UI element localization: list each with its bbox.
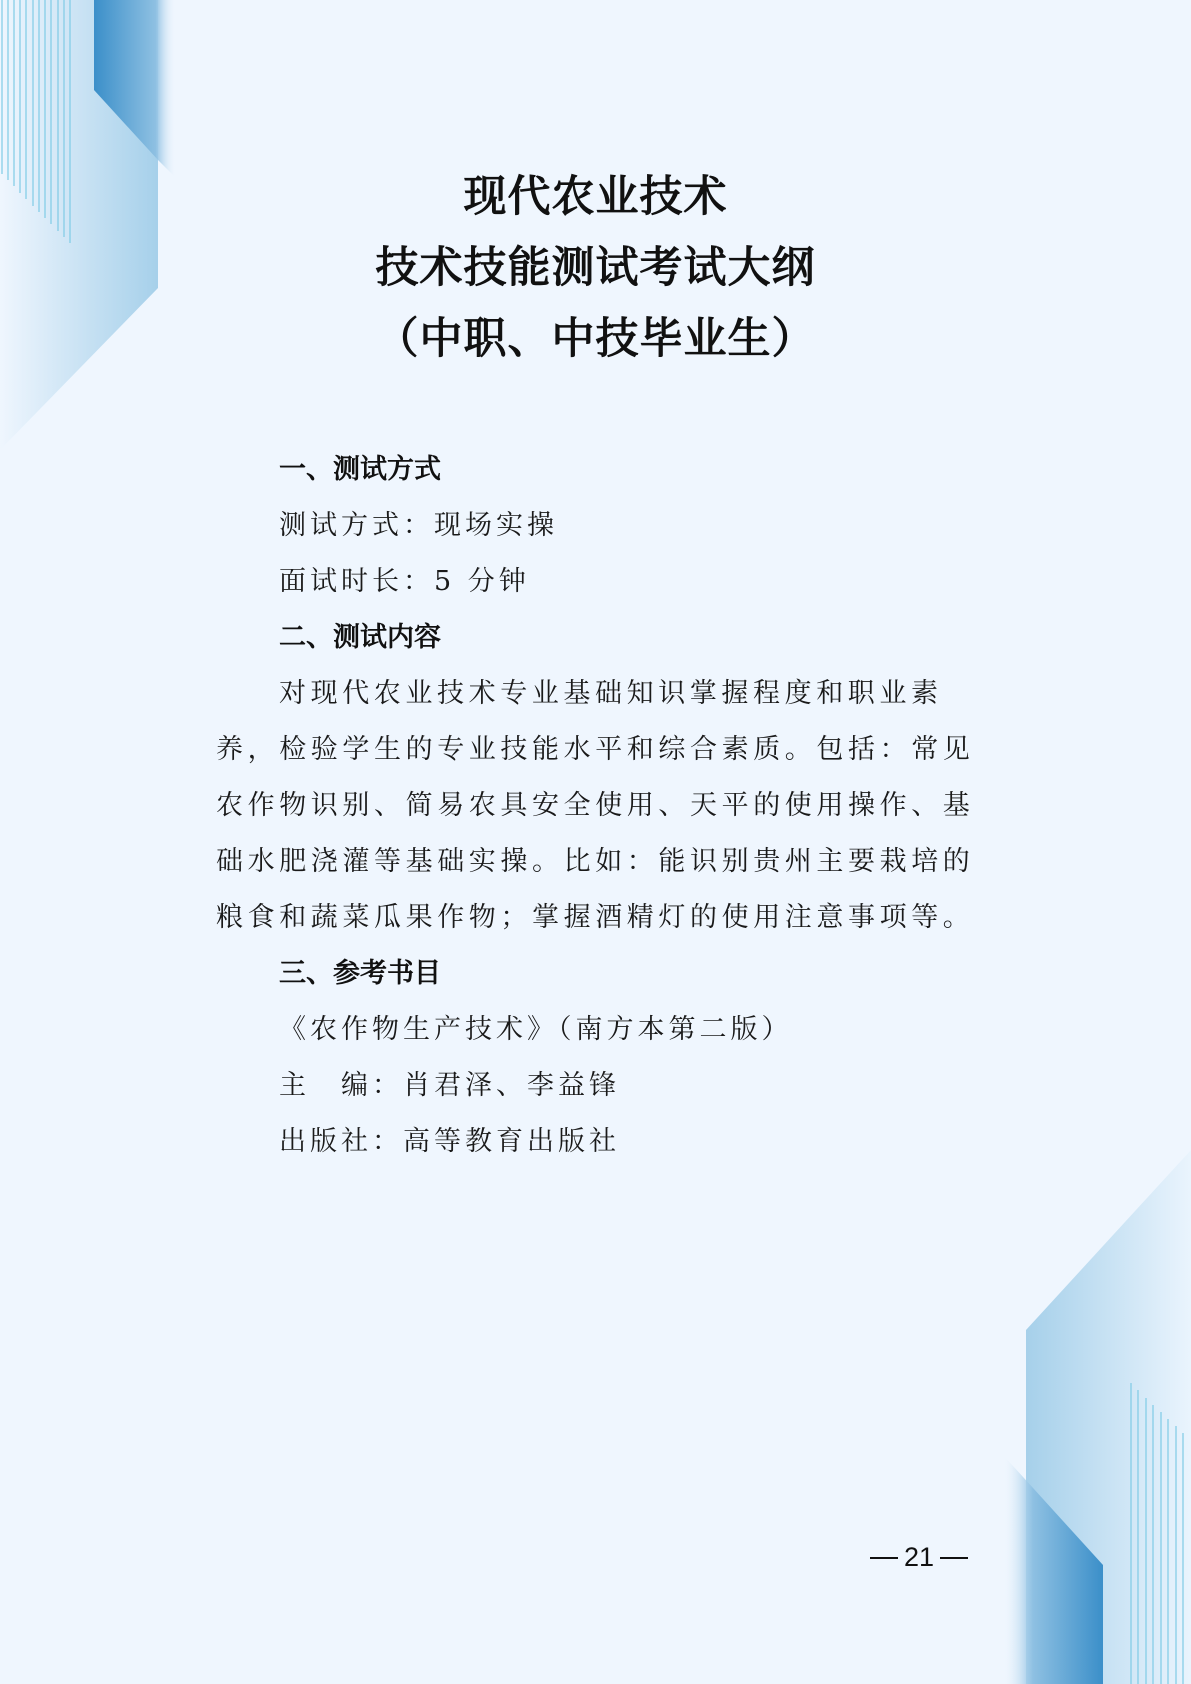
page-number: 21 bbox=[870, 1542, 968, 1573]
title-line-3: （中职、中技毕业生） bbox=[0, 304, 1191, 375]
reference-book-publisher: 出版社：高等教育出版社 bbox=[216, 1114, 976, 1170]
paragraph-line: 对现代农业技术专业基础知识掌握程度和职业素 bbox=[216, 666, 976, 722]
paragraph-line: 础水肥浇灌等基础实操。比如：能识别贵州主要栽培的 bbox=[216, 834, 976, 890]
document-title: 现代农业技术 技术技能测试考试大纲 （中职、中技毕业生） bbox=[0, 162, 1191, 375]
paragraph-line: 农作物识别、简易农具安全使用、天平的使用操作、基 bbox=[216, 778, 976, 834]
reference-book-title: 《农作物生产技术》（南方本第二版） bbox=[216, 1002, 976, 1058]
section-heading-references: 三、参考书目 bbox=[216, 946, 976, 1002]
title-line-1: 现代农业技术 bbox=[0, 162, 1191, 233]
dash-left bbox=[870, 1557, 898, 1559]
reference-book-editors: 主 编：肖君泽、李益锋 bbox=[216, 1058, 976, 1114]
test-duration-line: 面试时长：5 分钟 bbox=[216, 554, 976, 610]
section-heading-test-content: 二、测试内容 bbox=[216, 610, 976, 666]
page-number-value: 21 bbox=[904, 1542, 934, 1573]
paragraph-line: 粮食和蔬菜瓜果作物；掌握酒精灯的使用注意事项等。 bbox=[216, 890, 976, 946]
test-content-paragraph: 对现代农业技术专业基础知识掌握程度和职业素 养，检验学生的专业技能水平和综合素质… bbox=[216, 666, 976, 946]
test-method-line: 测试方式：现场实操 bbox=[216, 498, 976, 554]
title-line-2: 技术技能测试考试大纲 bbox=[0, 233, 1191, 304]
document-body: 一、测试方式 测试方式：现场实操 面试时长：5 分钟 二、测试内容 对现代农业技… bbox=[216, 442, 976, 1170]
section-heading-test-method: 一、测试方式 bbox=[216, 442, 976, 498]
corner-decoration-bottom-right bbox=[1003, 1150, 1191, 1684]
paragraph-line: 养，检验学生的专业技能水平和综合素质。包括：常见 bbox=[216, 722, 976, 778]
dash-right bbox=[940, 1557, 968, 1559]
